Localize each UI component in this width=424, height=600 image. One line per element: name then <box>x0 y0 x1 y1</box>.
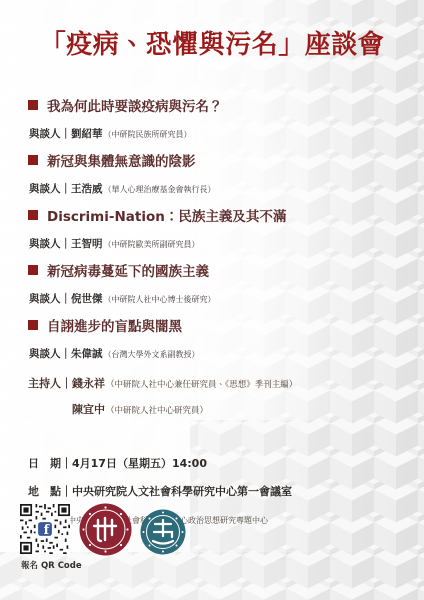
venue-label: 地 點｜ <box>28 485 72 498</box>
topic-item: 我為何此時要談疫病與污名？ 與談人｜劉紹華（中研院民族所研究員） <box>28 95 408 150</box>
moderator-name: 陳宜中 <box>72 403 105 416</box>
footer: f 報名 QR Code <box>20 502 404 577</box>
speaker-name: 倪世傑 <box>71 293 103 305</box>
page-title: 「疫病、恐懼與污名」座談會 <box>0 24 424 61</box>
topic-heading: 新冠與集體無意識的陰影 <box>47 150 196 170</box>
venue-value: 中央研究院人文社會科學研究中心第一會議室 <box>72 485 292 498</box>
moderator-line: 陳宜中（中研院人社中心研究員） <box>72 398 297 417</box>
square-bullet-icon <box>28 320 38 330</box>
moderator-label: 主持人｜ <box>28 377 72 390</box>
moderator-line: 主持人｜錢永祥（中研院人社中心兼任研究員、《思想》季刊主編） <box>28 372 297 391</box>
topic-item: Discrimi-Nation：民族主義及其不滿 與談人｜王智明（中研院歐美所副… <box>28 205 408 260</box>
speaker-label: 與談人｜ <box>29 348 71 360</box>
speaker-name: 王智明 <box>71 238 103 250</box>
speaker-affiliation: （台灣大學外文系副教授） <box>104 350 200 359</box>
event-venue-row: 地 點｜中央研究院人文社會科學研究中心第一會議室 <box>28 480 292 499</box>
date-label: 日 期｜ <box>28 457 72 470</box>
topic-heading: 自詡進步的盲點與闇黑 <box>47 315 182 335</box>
speaker-affiliation: （華人心理治療基金會執行長） <box>104 185 216 194</box>
topic-heading: 新冠病毒蔓延下的國族主義 <box>47 260 209 280</box>
speaker-label: 與談人｜ <box>29 293 71 305</box>
red-seal-logo <box>78 502 133 557</box>
speaker-label: 與談人｜ <box>29 128 71 140</box>
moderator-affiliation: （中研院人社中心兼任研究員、《思想》季刊主編） <box>106 380 297 390</box>
speaker-affiliation: （中研院民族所研究員） <box>104 130 192 139</box>
moderator-name: 錢永祥 <box>72 377 105 390</box>
facebook-icon: f <box>38 522 52 538</box>
moderator-section: 主持人｜錢永祥（中研院人社中心兼任研究員、《思想》季刊主編） 陳宜中（中研院人社… <box>28 372 297 424</box>
topic-item: 新冠與集體無意識的陰影 與談人｜王浩威（華人心理治療基金會執行長） <box>28 150 408 205</box>
event-date-row: 日 期｜4月17日（星期五）14:00 <box>28 452 292 471</box>
square-bullet-icon <box>28 210 38 220</box>
square-bullet-icon <box>28 155 38 165</box>
square-bullet-icon <box>28 100 38 110</box>
qr-caption: 報名 QR Code <box>21 559 111 571</box>
speaker-name: 朱偉誠 <box>71 348 103 360</box>
date-value: 4月17日（星期五）14:00 <box>72 457 207 470</box>
topic-heading: Discrimi-Nation：民族主義及其不滿 <box>47 205 286 225</box>
topic-list: 我為何此時要談疫病與污名？ 與談人｜劉紹華（中研院民族所研究員） 新冠與集體無意… <box>28 95 408 370</box>
topic-item: 新冠病毒蔓延下的國族主義 與談人｜倪世傑（中研院人社中心博士後研究） <box>28 260 408 315</box>
topic-heading: 我為何此時要談疫病與污名？ <box>47 95 223 115</box>
speaker-label: 與談人｜ <box>29 238 71 250</box>
speaker-name: 王浩威 <box>71 183 103 195</box>
topic-item: 自詡進步的盲點與闇黑 與談人｜朱偉誠（台灣大學外文系副教授） <box>28 315 408 370</box>
moderator-affiliation: （中研院人社中心研究員） <box>106 406 208 416</box>
speaker-affiliation: （中研院歐美所副研究員） <box>104 240 200 249</box>
square-bullet-icon <box>28 265 38 275</box>
registration-qr-code: f <box>20 504 70 554</box>
speaker-name: 劉紹華 <box>71 128 103 140</box>
teal-seal-logo <box>139 508 187 556</box>
speaker-label: 與談人｜ <box>29 183 71 195</box>
speaker-affiliation: （中研院人社中心博士後研究） <box>104 295 216 304</box>
